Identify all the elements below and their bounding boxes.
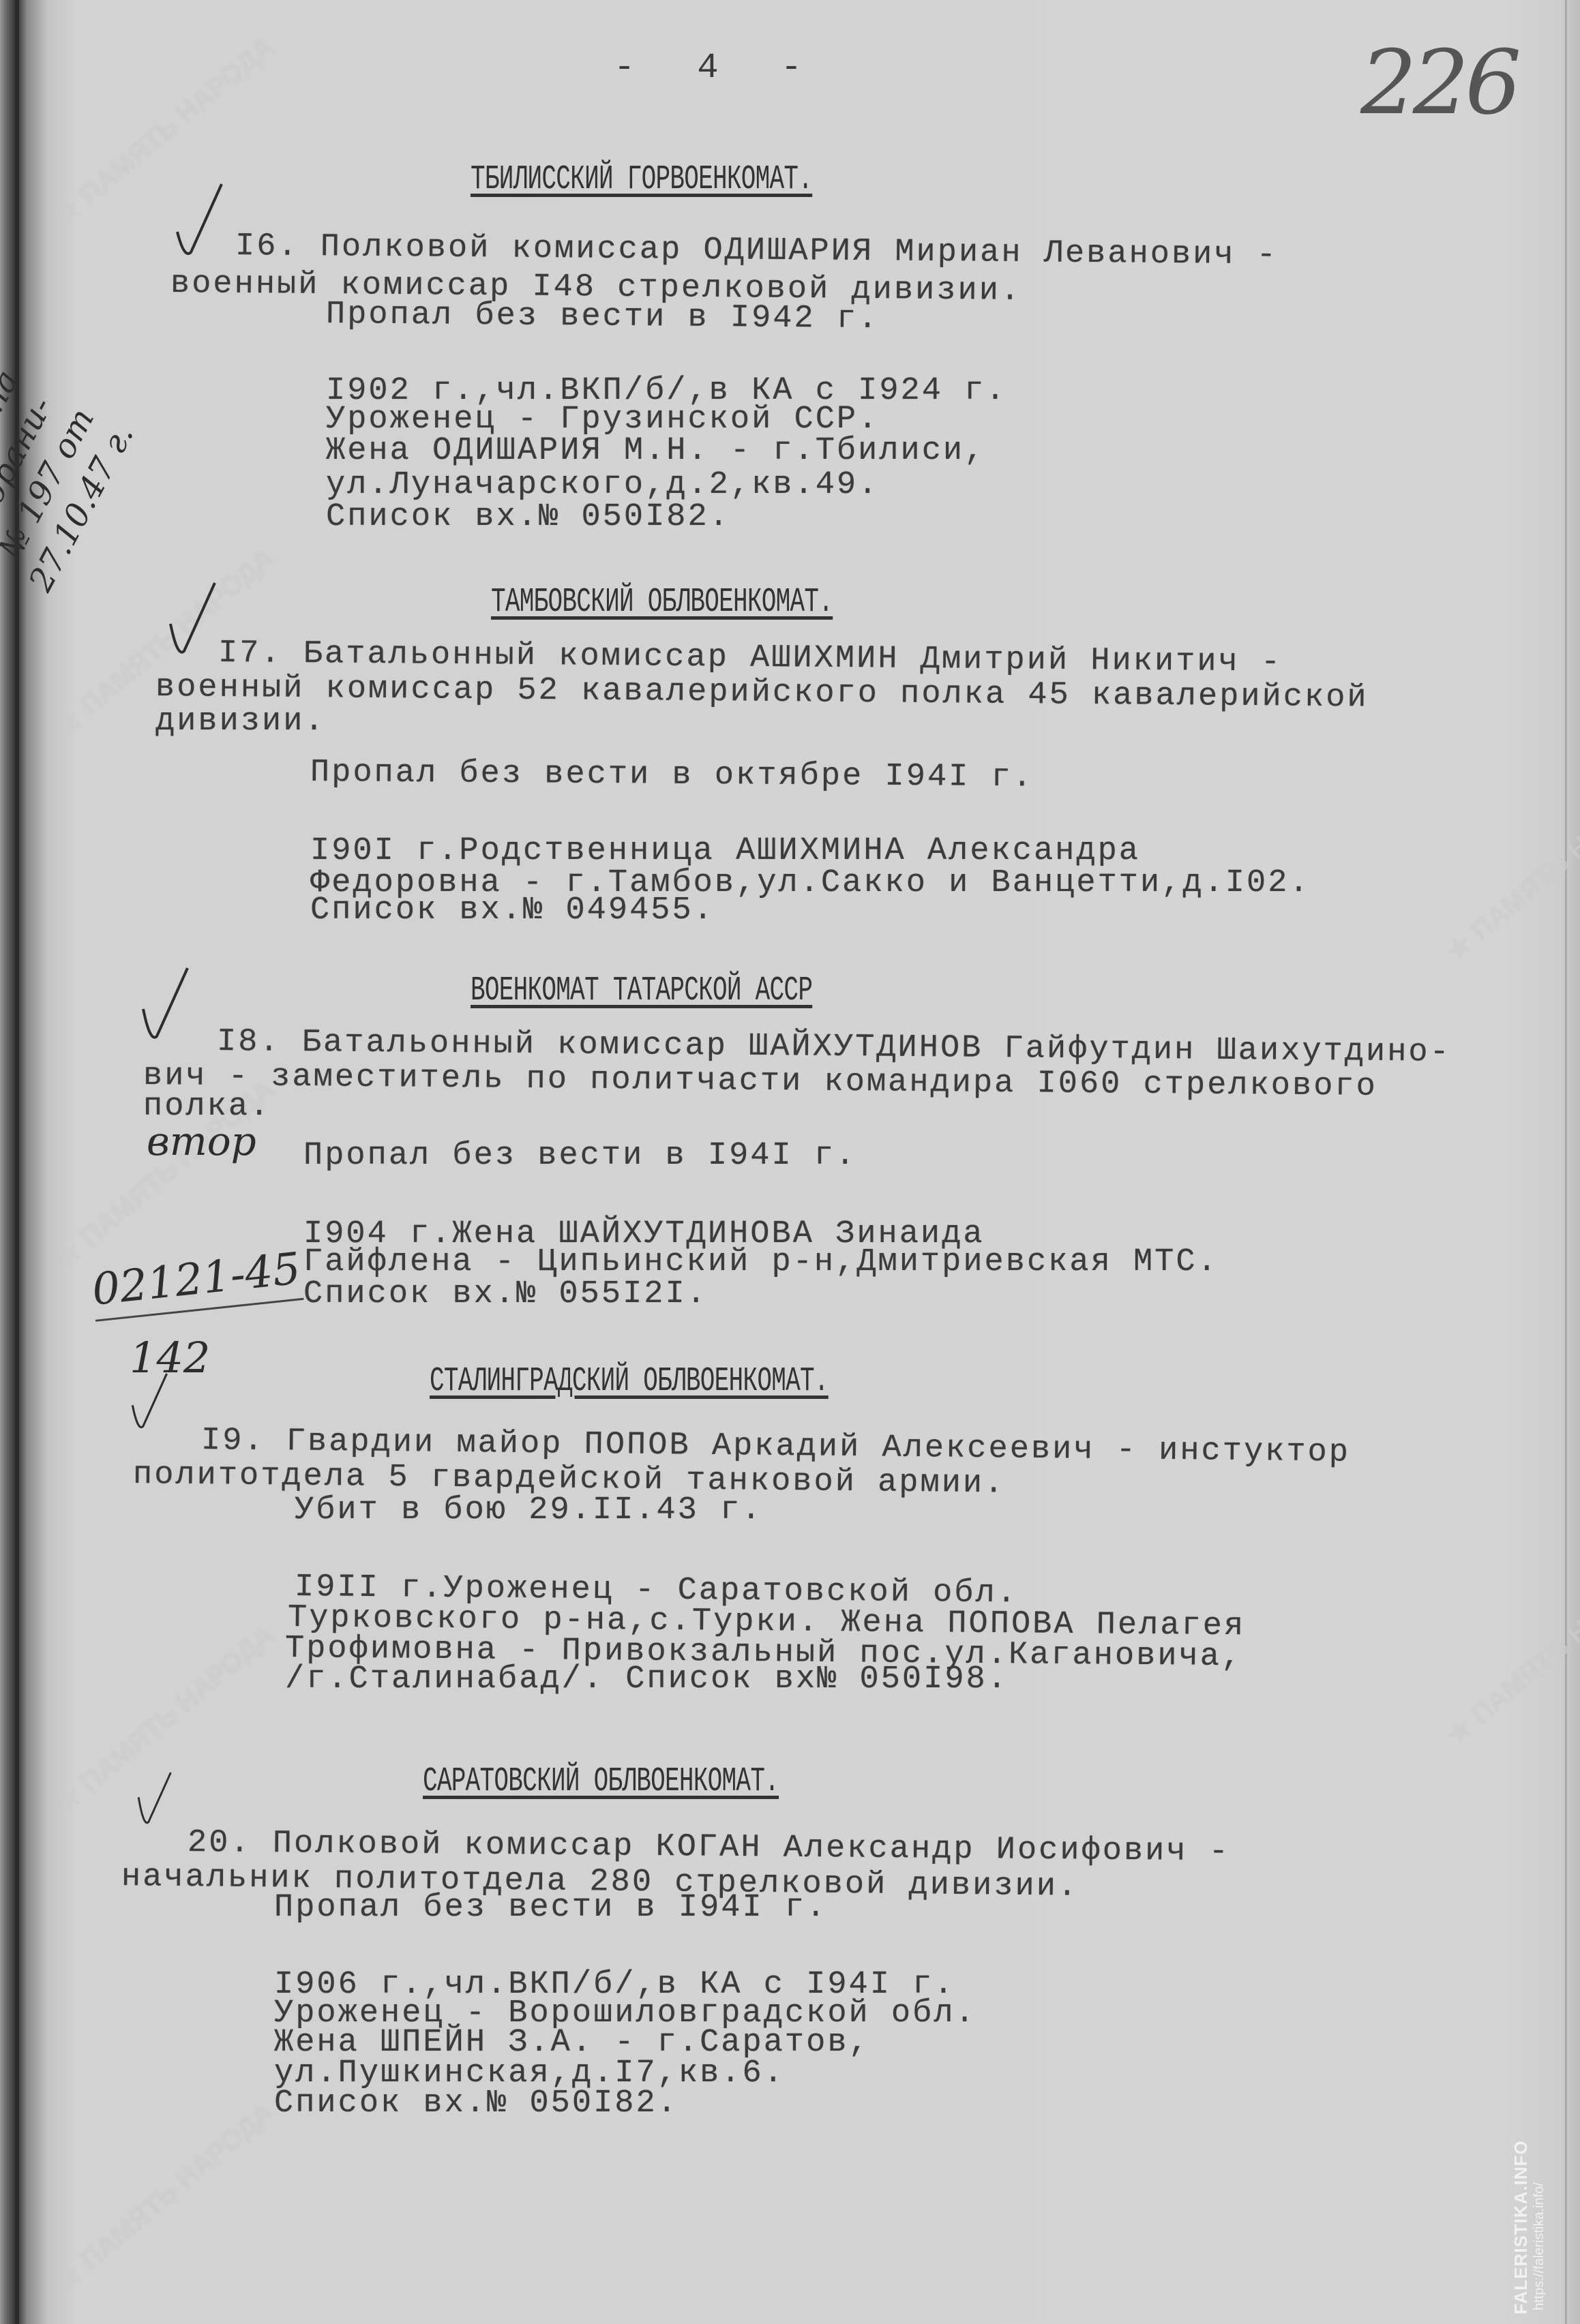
entry-detail: Список вх.№ 049455. — [310, 894, 715, 926]
entry-detail: Гайфлена - Ципьинский р-н,Дмитриевская М… — [303, 1246, 1219, 1278]
entry-detail: I90I г.Родственница АШИХМИНА Александра — [310, 835, 1140, 867]
entry-line: Пропал без вести в октябре I94I г. — [310, 757, 1034, 794]
checkmark-icon — [130, 1374, 167, 1432]
watermark-brand: FALERISTIKA.INFO — [1510, 2140, 1531, 2314]
right-page-edge — [1565, 0, 1567, 2324]
entry-line: Убит в бою 29.II.43 г. — [295, 1494, 763, 1526]
section-heading: ТБИЛИССКИЙ ГОРВОЕНКОМАТ. — [471, 160, 812, 199]
checkmark-icon — [140, 968, 188, 1043]
entry-line: Пропал без вести в I94I г. — [303, 1140, 856, 1172]
entry-line: Пропал без вести в I942 г. — [326, 299, 880, 335]
watermark-url: https://faleristika.info/ — [1532, 2140, 1547, 2310]
section-heading: САРАТОВСКИЙ ОБЛВОЕНКОМАТ. — [423, 1762, 779, 1801]
entry-detail: Уроженец - Грузинской ССР. — [326, 404, 879, 436]
section-heading: СТАЛИНГРАДСКИЙ ОБЛВОЕНКОМАТ. — [430, 1362, 829, 1401]
entry-line: I6. Полковой комиссар ОДИШАРИЯ Мириан Ле… — [235, 230, 1278, 271]
entry-detail: Жена ШПЕЙН З.А. - г.Саратов, — [274, 2027, 870, 2059]
watermark-side: FALERISTIKA.INFO https://faleristika.inf… — [1510, 2140, 1547, 2314]
entry-detail: Список вх.№ 050I82. — [274, 2087, 679, 2119]
entry-line: Пропал без вести в I94I г. — [274, 1892, 827, 1924]
entry-detail: /г.Сталинабад/. Список вх№ 050I98. — [285, 1663, 1009, 1695]
entry-detail: Список вх.№ 055I2I. — [303, 1278, 708, 1310]
checkmark-icon — [167, 583, 215, 658]
entry-detail: ул.Луначарского,д.2,кв.49. — [326, 469, 879, 501]
folio-number: 226 — [1360, 31, 1517, 134]
checkmark-icon — [174, 184, 222, 259]
binding-edge — [15, 0, 19, 2324]
entry-detail: ул.Пушкинская,д.I7,кв.6. — [274, 2057, 785, 2089]
entry-detail: Жена ОДИШАРИЯ М.Н. - г.Тбилиси, — [326, 435, 985, 467]
section-heading: ТАМБОВСКИЙ ОБЛВОЕНКОМАТ. — [491, 583, 833, 622]
entry-line: дивизии. — [155, 706, 326, 738]
entry-line: полка. — [143, 1091, 271, 1123]
section-heading: ВОЕНКОМАТ ТАТАРСКОЙ АССР — [471, 971, 812, 1010]
checkmark-icon — [133, 1772, 174, 1827]
entry-detail: Список вх.№ 050I82. — [326, 501, 730, 533]
margin-note-entry18: втор — [147, 1118, 256, 1164]
page-number: - 4 - — [614, 48, 822, 88]
